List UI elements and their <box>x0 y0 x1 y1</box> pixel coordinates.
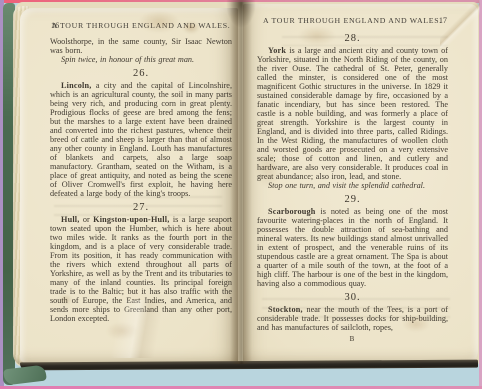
right-page-body: 28. York is a large and ancient city and… <box>257 34 448 344</box>
running-title-right: A TOUR THROUGH ENGLAND AND WALES. <box>263 16 442 25</box>
section-29-paragraph: Scarborough is noted as being one of the… <box>257 207 448 288</box>
running-head-left: 16 A TOUR THROUGH ENGLAND AND WALES. <box>50 21 232 34</box>
left-page: 16 A TOUR THROUGH ENGLAND AND WALES. Woo… <box>20 8 238 363</box>
section-heading-30: 30. <box>257 293 448 302</box>
running-head-right: A TOUR THROUGH ENGLAND AND WALES. 17 <box>257 16 448 29</box>
book-bottom-page-edge <box>20 360 478 371</box>
place-name-kingston-upon-hull: Kingston-upon-Hull, <box>93 215 169 224</box>
section-28-paragraph: York is a large and ancient city and cou… <box>257 46 448 181</box>
section-26-text: a city and the capital of Lincolnshire, … <box>50 81 232 198</box>
place-name-hull: Hull, <box>61 215 80 224</box>
section-29-text: is noted as being one of the most favour… <box>257 207 448 288</box>
section-28-text: is a large and ancient city and county t… <box>257 46 448 181</box>
section-26-paragraph: Lincoln, a city and the capital of Linco… <box>50 81 232 198</box>
running-title-left: A TOUR THROUGH ENGLAND AND WALES. <box>52 21 231 30</box>
continuation-paragraph: Woolsthorpe, in the same county, Sir Isa… <box>50 37 232 55</box>
page-number-left: 16 <box>51 21 59 30</box>
section-27-text: is a large seaport town seated upon the … <box>50 215 232 323</box>
section-27-connector: or <box>80 215 94 224</box>
left-page-body: Woolsthorpe, in the same county, Sir Isa… <box>50 37 232 323</box>
right-page: A TOUR THROUGH ENGLAND AND WALES. 17 28.… <box>243 4 478 362</box>
place-name-lincoln: Lincoln, <box>61 81 92 90</box>
section-heading-26: 26. <box>50 69 232 78</box>
place-name-scarborough: Scarborough <box>268 207 316 216</box>
section-heading-29: 29. <box>257 195 448 204</box>
book-scan-photo: 16 A TOUR THROUGH ENGLAND AND WALES. Woo… <box>0 0 482 389</box>
place-name-stockton: Stockton, <box>268 305 303 314</box>
game-instruction-line-york: Stop one turn, and visit the splendid ca… <box>257 181 448 190</box>
game-instruction-line: Spin twice, in honour of this great man. <box>50 55 232 64</box>
page-number-right: 17 <box>439 16 447 25</box>
place-name-york: York <box>268 46 286 55</box>
printer-signature-mark: B <box>257 335 448 344</box>
section-heading-28: 28. <box>257 34 448 43</box>
section-heading-27: 27. <box>50 203 232 212</box>
section-27-paragraph: Hull, or Kingston-upon-Hull, is a large … <box>50 215 232 323</box>
section-30-paragraph: Stockton, near the mouth of the Tees, is… <box>257 305 448 332</box>
